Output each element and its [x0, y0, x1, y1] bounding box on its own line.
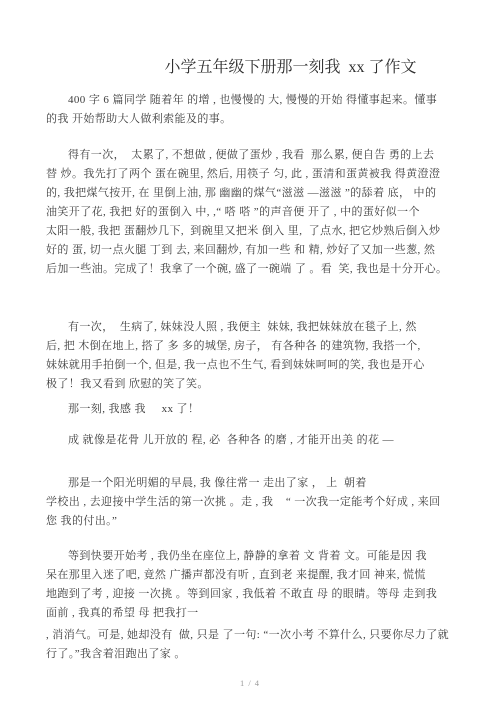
paragraph: 得有一次， 太累了, 不想做 , 便做了蛋炒 , 我看 那么累, 便自告 勇的上… — [46, 146, 455, 279]
paragraph: 成 就像是花骨 儿开放的 程, 必 各种各 的磨 , 才能开出美 的花 — — [46, 431, 455, 450]
text-line: 您 我的付出。” — [46, 512, 455, 531]
text-line: 成 就像是花骨 儿开放的 程, 必 各种各 的磨 , 才能开出美 的花 — — [46, 431, 455, 450]
text-line: 地跑到了考 , 迎接 一次挑 。等到回家 , 我低着 不敢直 母 的眼睛。等母 … — [46, 585, 455, 604]
text-line: 油笑开了花, 我把 好的蛋倒入 中, ,“ 嗒 嗒 ”的声音便 开了 , 中的蛋… — [46, 203, 455, 222]
text-line: 那是一个阳光明媚的早晨, 我 像往常一 走出了家 ， 上 朝着 — [46, 474, 455, 493]
page-number: 1 / 4 — [0, 678, 500, 688]
text-line: 呆在那里入迷了吧, 竟然 广播声都没有听 , 直到老 来提醒, 我才回 神来, … — [46, 566, 455, 585]
page-title: 小学五年级下册那一刻我 xx 了作文 — [86, 57, 495, 79]
text-line: 后, 把 木倒在地上, 搭了 多 多的城堡, 房子， 有各种各 的建筑物, 我搭… — [46, 337, 455, 356]
text-line: 得有一次， 太累了, 不想做 , 便做了蛋炒 , 我看 那么累, 便自告 勇的上… — [46, 146, 455, 165]
text-line: 学校出 , 去迎接中学生活的第一次挑 。走 , 我 “ 一次我一定能考个好成 ,… — [46, 493, 455, 512]
text-line: 妹妹就用手拍倒一个, 但是, 我一点也不生气, 看到妹妹呵呵的笑, 我也是开心 — [46, 356, 455, 375]
text-line: 有一次， 生病了, 妹妹没人照 , 我便主 妹妹, 我把妹妹放在毯子上, 然 — [46, 318, 455, 337]
paragraph: 有一次， 生病了, 妹妹没人照 , 我便主 妹妹, 我把妹妹放在毯子上, 然 后… — [46, 318, 455, 394]
text-line: 替 炒。我先打了两个 蛋在碗里, 然后, 用筷子 匀, 此 , 蛋清和蛋黄被我 … — [46, 165, 455, 184]
document-page: 小学五年级下册那一刻我 xx 了作文 400 字 6 篇同学 随着年 的增 , … — [0, 0, 500, 707]
text-line: 后加一些油。完成了！我拿了一个碗, 盛了一碗端 了 。看 笑, 我也是十分开心。 — [46, 260, 455, 279]
text-line: 那一刻, 我感 我 xx 了！ — [46, 400, 455, 419]
text-line: 面前 , 我真的希望 母 把我打一 — [46, 604, 455, 623]
text-line: , 消消气。可是, 她却没有 做, 只是 了一句: “一次小考 不算什么, 只要… — [46, 626, 455, 645]
text-line: 行了。”我含着泪跑出了家 。 — [46, 645, 455, 664]
text-line: 好的 蛋, 切一点火腿 丁到 去, 来回翻炒, 有加一些 和 精, 炒好了又加一… — [46, 241, 455, 260]
paragraph: , 消消气。可是, 她却没有 做, 只是 了一句: “一次小考 不算什么, 只要… — [46, 626, 455, 664]
paragraph: 那是一个阳光明媚的早晨, 我 像往常一 走出了家 ， 上 朝着 学校出 , 去迎… — [46, 474, 455, 531]
paragraph: 等到快要开始考 , 我仍坐在座位上, 静静的拿着 文 背着 文。可能是因 我 呆… — [46, 547, 455, 623]
text-line: 等到快要开始考 , 我仍坐在座位上, 静静的拿着 文 背着 文。可能是因 我 — [46, 547, 455, 566]
text-line: 400 字 6 篇同学 随着年 的增 , 也慢慢的 大, 慢慢的开始 得懂事起来… — [46, 91, 455, 110]
text-line: 太阳一般, 我把 蛋翻炒几下, 到碗里又把米 倒入 里, 了点水, 把它炒熟后倒… — [46, 222, 455, 241]
text-line: 的, 我把煤气按开, 在 里倒上油, 那 幽幽的煤气“滋滋 —滋滋 ”的舔着 底… — [46, 184, 455, 203]
paragraph: 那一刻, 我感 我 xx 了！ — [46, 400, 455, 419]
paragraph: 400 字 6 篇同学 随着年 的增 , 也慢慢的 大, 慢慢的开始 得懂事起来… — [46, 91, 455, 129]
text-line: 的我 开始帮助大人做利索能及的事。 — [46, 110, 455, 129]
text-line: 极了！我又看到 欣慰的笑了笑。 — [46, 375, 455, 394]
